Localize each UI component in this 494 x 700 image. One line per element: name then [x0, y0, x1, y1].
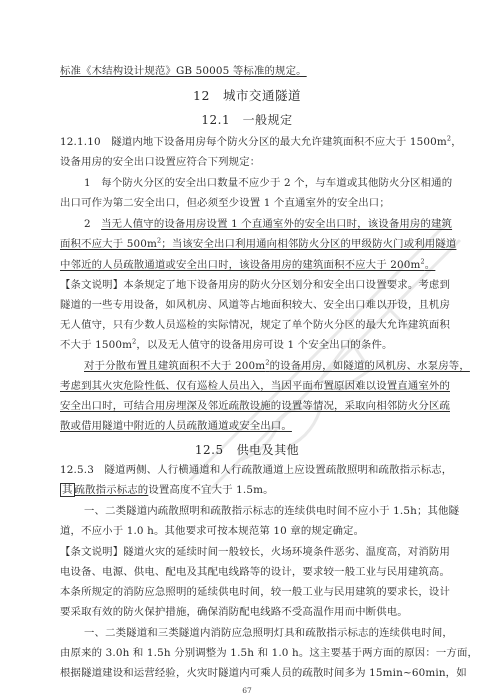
explanation-1-para2-line1: 对于分散布置且建筑面积不大于 200m2的设备用房，如隧道的风机房、水泵房等， [84, 359, 464, 373]
explanation-2-para2-line3: 根据隧道建设和运营经验，火灾时隧道内可乘人员的疏散时间多为 15min~60mi… [60, 666, 440, 680]
clause-12-5-3-line1: 12.5.3 隧道两侧、人行横通道和人行疏散通道上应设置疏散照明和疏散指示标志， [60, 463, 440, 477]
explanation-2-line3: 本条所规定的消防应急照明的延续供电时间，较一般工业与民用建筑的要求长，设计 [60, 585, 440, 599]
clause-item2-line1: 2 当无人值守的设备用房设置 1 个直通室外的安全出口时，该设备用房的建筑 [84, 217, 464, 231]
continuation-text: 标准《木结构设计规范》GB 50005 等标准的规定。 [60, 65, 307, 77]
clause-12-1-10-line2: 设备用房的安全出口设置应符合下列规定： [60, 155, 440, 169]
explanation-1-line3: 无人值守，只有少数人员巡检的实际情况，规定了单个防火分区的最大允许建筑面积 [60, 318, 440, 332]
clause-12-5-3-line2: 其疏散指示标志的设置高度不宜大于 1.5m。 [60, 483, 440, 497]
clause-item1-line1: 1 每个防火分区的安全出口数量不应少于 2 个，与车道或其他防火分区相通的 [84, 176, 464, 190]
section-heading-12-5: 12.5 供电及其他 [0, 441, 494, 458]
clause-item2-line3: 中邻近的人员疏散通道或安全出口时，该设备用房的建筑面积不应大于 200m2。 [60, 258, 440, 272]
explanation-2-line1: 【条文说明】隧道火灾的延续时间一般较长，火场环境条件恶劣、温度高，对消防用 [60, 545, 440, 559]
clause-item2-line2: 面积不应大于 500m2；当该安全出口利用通向相邻防火分区的甲级防火门或利用隧道 [60, 237, 440, 251]
clause-12-5-3-para2-line1: 一、二类隧道内疏散照明和疏散指示标志的连续供电时间不应小于 1.5h；其他隧 [84, 504, 464, 518]
clause-12-1-10-line1: 12.1.10 隧道内地下设备用房每个防火分区的最大允许建筑面积不应大于 150… [60, 135, 440, 149]
chapter-heading: 12 城市交通隧道 [0, 86, 494, 104]
top-continuation: 标准《木结构设计规范》GB 50005 等标准的规定。 [60, 64, 440, 78]
explanation-1-line4: 不大于 1500m2，以及无人值守的设备用房可设 1 个安全出口的条件。 [60, 338, 440, 352]
section-heading-12-1: 12.1 一般规定 [0, 111, 494, 128]
document-page: 标准《木结构设计规范》GB 50005 等标准的规定。 12 城市交通隧道 12… [0, 0, 494, 700]
explanation-1-para2-line4: 散或借用隧道中附近的人员疏散通道或安全出口。 [60, 419, 440, 433]
explanation-1-line2: 隧道的一些专用设备，如风机房、风道等占地面积较大、安全出口难以开设，且机房 [60, 298, 440, 312]
page-number: 67 [0, 686, 494, 695]
clause-12-5-3-para2-line2: 道，不应小于 1.0 h。其他要求可按本规范第 10 章的规定确定。 [60, 524, 440, 538]
explanation-1-para2-line2: 考虑到其火灾危险性低、仅有巡检人员出入，当因平面布置原因难以设置直通室外的 [60, 379, 440, 393]
explanation-2-line4: 要采取有效的防火保护措施，确保消防配电线路不受高温作用而中断供电。 [60, 605, 440, 619]
boxed-character: 其 [60, 483, 75, 497]
clause-item1-line2: 出口可作为第二安全出口，但必须至少设置 1 个直通室外的安全出口； [60, 196, 440, 210]
explanation-2-para2-line1: 一、二类隧道和三类隧道内消防应急照明灯具和疏散指示标志的连续供电时间， [84, 626, 464, 640]
explanation-2-line2: 电设备、电源、供电、配电及其配电线路等的设计，要求较一般工业与民用建筑高。 [60, 565, 440, 579]
explanation-1-line1: 【条文说明】本条规定了地下设备用房的防火分区划分和安全出口设置要求。考虑到 [60, 278, 440, 292]
explanation-1-para2-line3: 安全出口时，可结合用房埋深及邻近疏散设施的设置等情况，采取向相邻防火分区疏 [60, 399, 440, 413]
explanation-2-para2-line2: 由原来的 3.0h 和 1.5h 分别调整为 1.5h 和 1.0 h。这主要基… [60, 646, 440, 660]
